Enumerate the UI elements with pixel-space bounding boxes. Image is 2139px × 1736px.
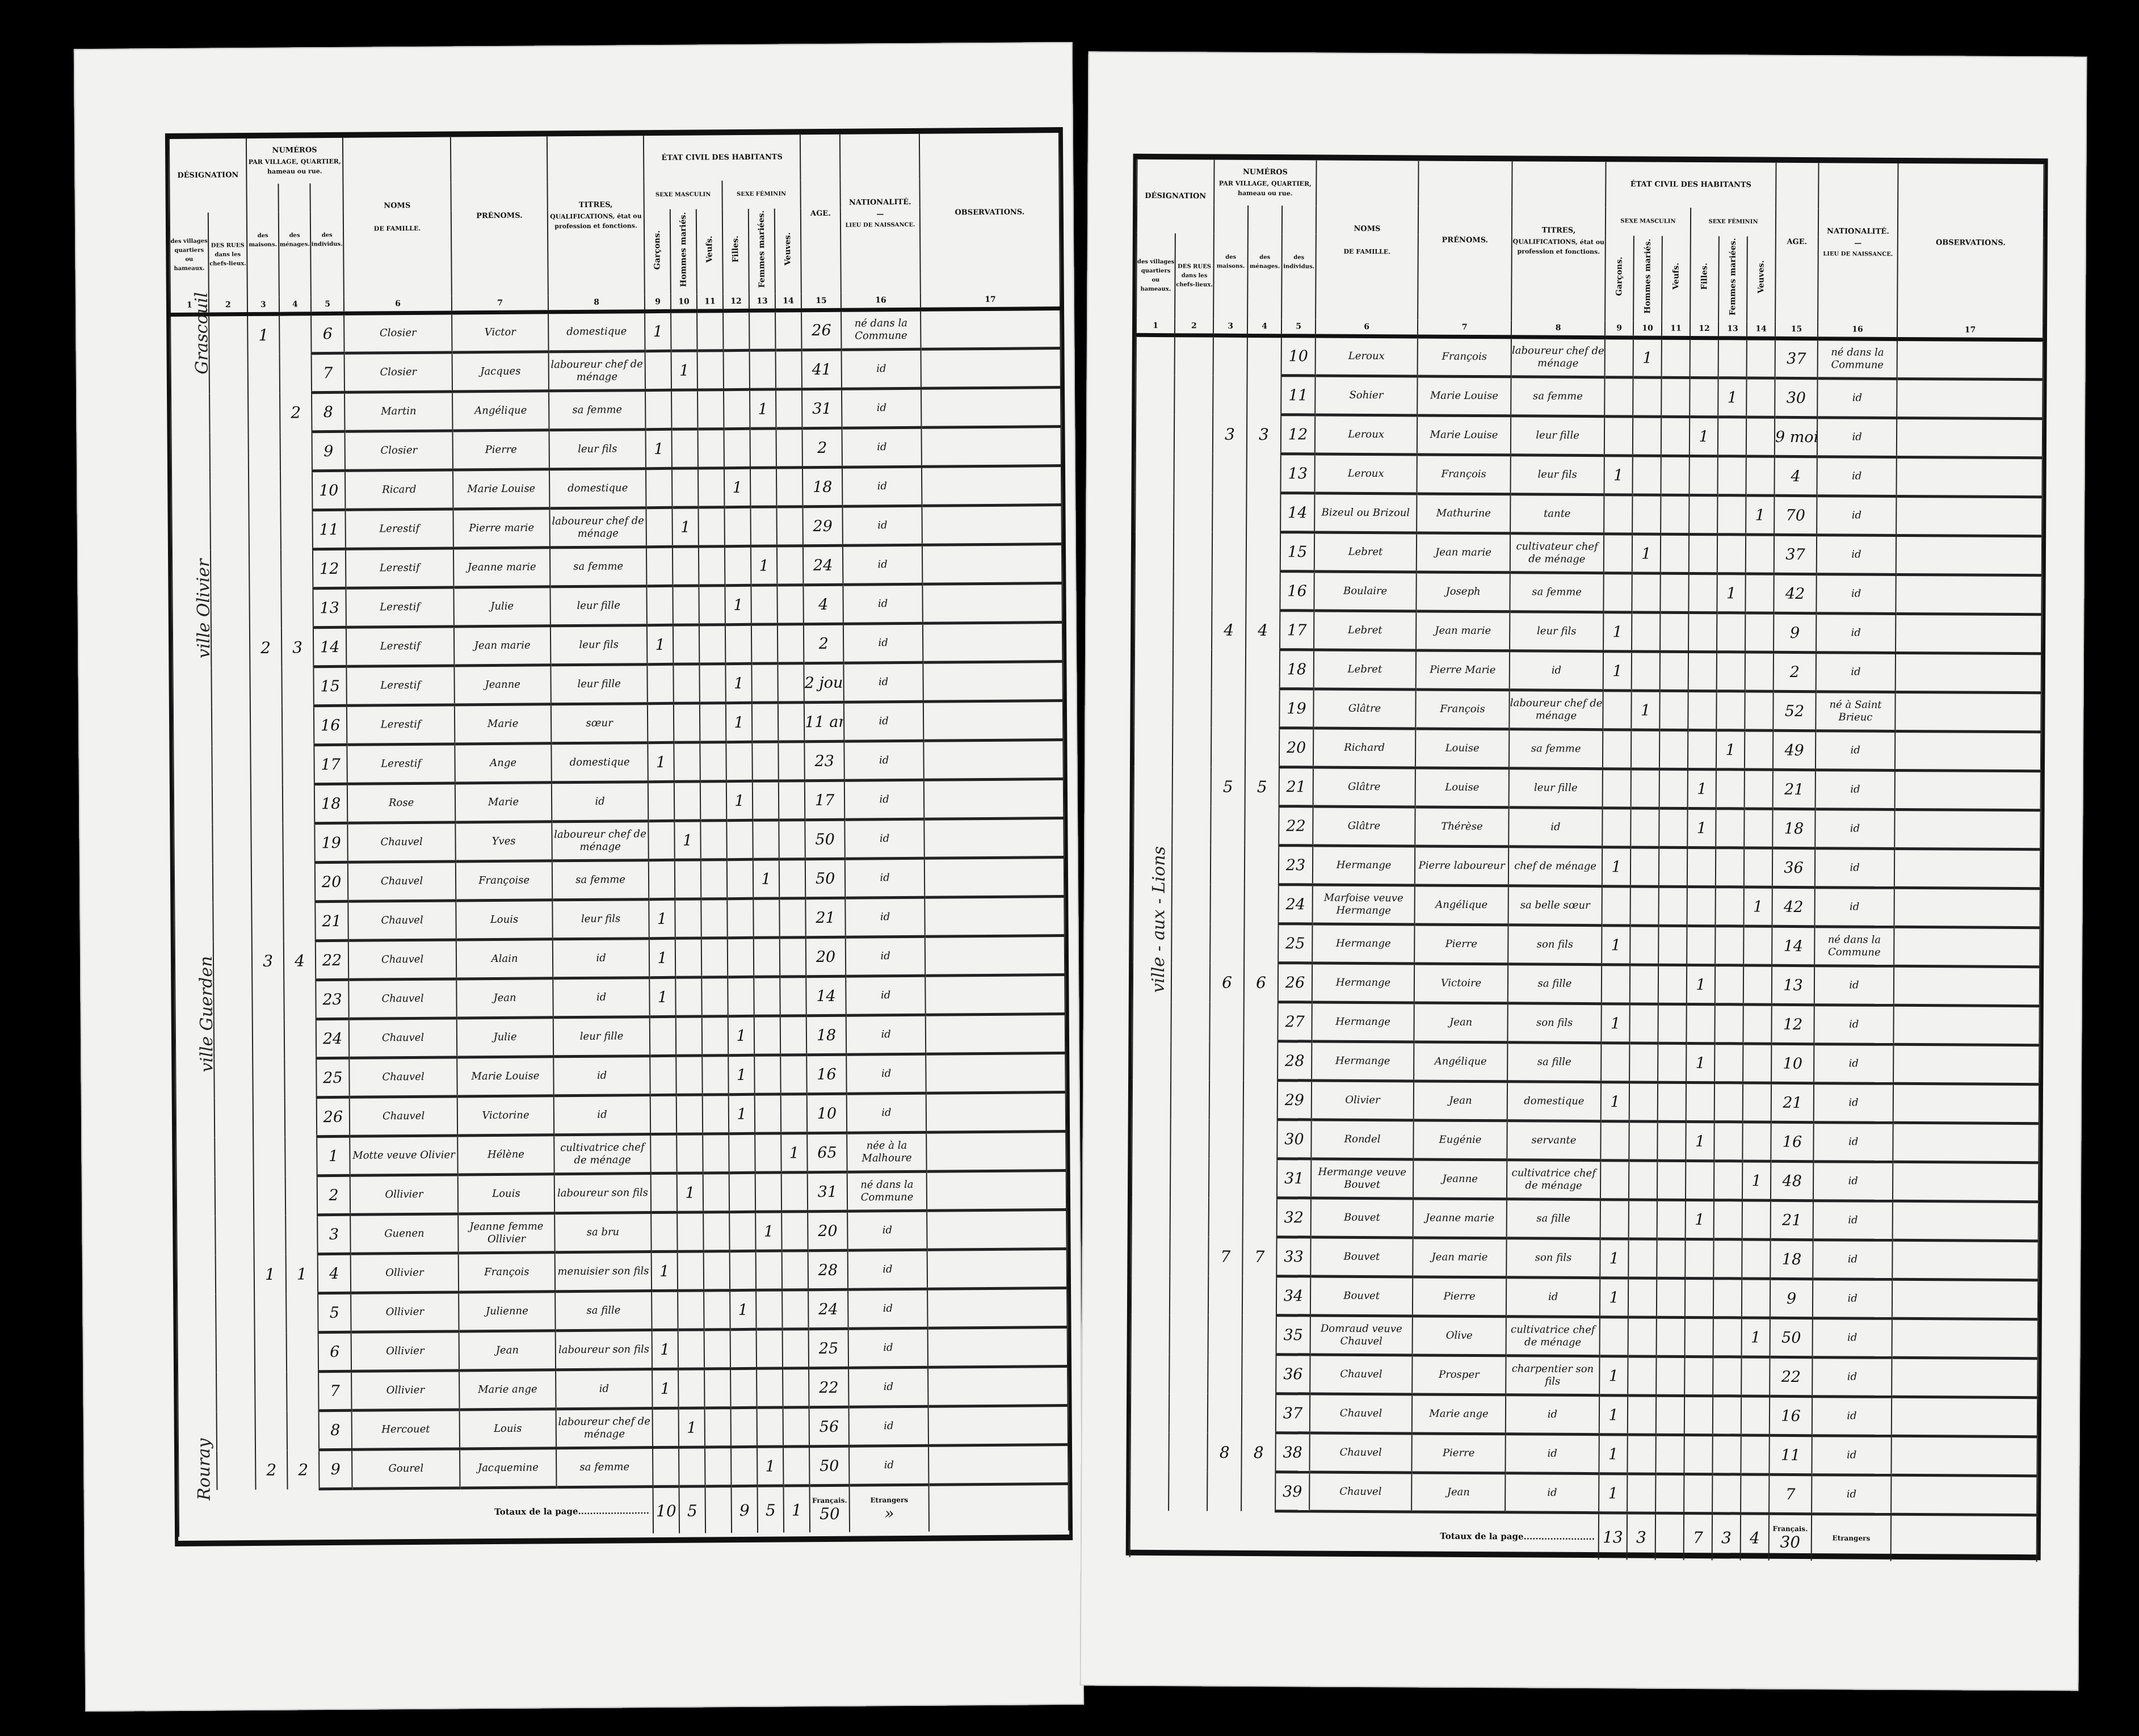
cell-c13 — [1718, 456, 1746, 495]
cell-c10 — [1632, 573, 1660, 612]
cell-c9 — [1601, 1043, 1629, 1082]
cell-nom: Hermange — [1312, 924, 1414, 964]
cell-c14 — [1742, 1122, 1771, 1161]
cell-ind: 21 — [1279, 767, 1313, 806]
cell-lieu: id — [848, 1289, 927, 1329]
cell-age: 52 — [1773, 691, 1816, 730]
cell-nom: Chauvel — [348, 901, 456, 940]
cell-titre: id — [1505, 1434, 1599, 1474]
cell-c9: 1 — [1599, 1435, 1627, 1474]
cell-nom: Richard — [1313, 728, 1415, 768]
cell-c10 — [1628, 1317, 1657, 1356]
cell-lieu: id — [1813, 1123, 1893, 1162]
cell-empty — [1896, 535, 2042, 575]
cell-titre: leur fils — [550, 625, 647, 665]
cell-empty — [928, 1406, 1068, 1446]
table-row: 16LerestifMariesœur111 ansid — [173, 701, 1063, 746]
cell-empty — [1134, 610, 1173, 649]
cell-c13: 1 — [1716, 730, 1745, 770]
census-table-right: DÉSIGNATION NUMÉROSPAR VILLAGE, QUARTIER… — [1129, 159, 2045, 1562]
cell-prenom: Eugénie — [1413, 1120, 1507, 1160]
cell-c14 — [1746, 417, 1775, 456]
cell-c14 — [779, 820, 805, 859]
cell-c14 — [780, 1055, 806, 1094]
cell-prenom: Marie — [455, 704, 551, 744]
cell-c9 — [649, 860, 675, 899]
cell-titre: laboureur chef de ménage — [1509, 690, 1603, 730]
cell-empty — [217, 1451, 255, 1490]
cell-ind: 20 — [315, 862, 348, 901]
header-noms: NOMSDE FAMILLE. — [1316, 161, 1418, 320]
cell-menage: 2 — [287, 1450, 319, 1489]
cell-c14 — [783, 1329, 809, 1368]
cell-lieu: id — [1816, 653, 1896, 692]
cell-prenom: Thérèse — [1415, 807, 1508, 847]
cell-age: 42 — [1772, 887, 1815, 926]
cell-lieu: id — [842, 388, 921, 428]
table-row: 3422ChauvelAlainid120id — [175, 936, 1065, 981]
cell-menage — [287, 1333, 318, 1372]
cell-empty — [1170, 1197, 1209, 1237]
cell-menage — [287, 1372, 318, 1411]
cell-lieu: id — [1812, 1397, 1892, 1436]
cell-ind: 35 — [1276, 1315, 1310, 1355]
cell-empty — [1173, 649, 1212, 688]
cell-maison — [1208, 1354, 1242, 1393]
cell-c11 — [705, 1447, 731, 1486]
cell-prenom: Julienne — [459, 1292, 555, 1331]
cell-c11 — [701, 860, 727, 899]
table-row: 7OllivierMarie angeid122id — [178, 1367, 1068, 1412]
cell-c9: 1 — [647, 625, 673, 664]
cell-empty — [1133, 962, 1171, 1001]
cell-c13 — [755, 1094, 781, 1133]
cell-ind: 7 — [318, 1371, 352, 1410]
cell-c13: 1 — [751, 546, 777, 585]
cell-c10 — [1629, 1043, 1658, 1082]
cell-age: 23 — [804, 741, 844, 780]
cell-empty — [1897, 418, 2043, 457]
cell-c10 — [1628, 1239, 1657, 1278]
cell-maison — [253, 1058, 284, 1098]
cell-menage — [1245, 845, 1279, 884]
cell-c11 — [1655, 1474, 1684, 1513]
cell-c11 — [703, 1134, 729, 1173]
cell-empty — [1136, 375, 1174, 414]
cell-c9 — [645, 351, 671, 390]
cell-c12 — [1684, 1474, 1712, 1513]
cell-empty — [1172, 845, 1211, 884]
cell-empty — [922, 544, 1062, 585]
cell-empty — [1170, 1237, 1208, 1276]
table-row: 14Bizeul ou BrizoulMathurinetante170id — [1135, 492, 2042, 536]
cell-nom: Boulaire — [1314, 571, 1416, 611]
cell-c10: 1 — [671, 351, 697, 390]
cell-empty — [1173, 728, 1211, 767]
table-row: 8838ChauvelPierreid111id — [1130, 1432, 2037, 1476]
cell-prenom: Angélique — [1414, 1042, 1507, 1082]
cell-nom: Chauvel — [350, 1096, 457, 1136]
cell-prenom: Jean marie — [1417, 533, 1510, 573]
cell-prenom: Angélique — [1415, 885, 1508, 925]
cell-empty — [1171, 962, 1210, 1002]
cell-menage — [1246, 532, 1280, 571]
cell-age: 11 ans — [804, 702, 844, 741]
cell-c14 — [781, 1094, 807, 1133]
cell-c11 — [1659, 886, 1687, 926]
cell-nom: Closier — [344, 352, 452, 392]
header-nationalite: NATIONALITÉ.—LIEU DE NAISSANCE. — [1818, 163, 1898, 322]
cell-menage — [282, 745, 314, 784]
cell-c11 — [1659, 847, 1687, 886]
cell-nom: Chauvel — [349, 1057, 457, 1097]
cell-c11 — [699, 625, 725, 664]
cell-c14 — [1745, 770, 1773, 809]
cell-ind: 23 — [316, 980, 349, 1019]
cell-ind: 14 — [1280, 493, 1314, 532]
cell-empty — [1894, 809, 2040, 849]
cell-c12 — [730, 1329, 757, 1368]
cell-c14 — [778, 703, 804, 742]
cell-empty — [921, 388, 1061, 428]
header-individus: des individus. — [310, 183, 343, 297]
cell-c11 — [1659, 769, 1688, 808]
cell-empty — [209, 393, 248, 432]
cell-c10 — [1630, 808, 1659, 847]
cell-menage — [283, 902, 315, 941]
cell-empty — [1897, 379, 2043, 418]
cell-empty — [174, 785, 212, 824]
cell-c13 — [1714, 1083, 1743, 1122]
header-age: AGE. — [800, 134, 841, 293]
cell-maison — [253, 1098, 285, 1137]
cell-empty — [1894, 966, 2040, 1006]
cell-titre: tante — [1510, 494, 1604, 534]
cell-age: 9 — [1774, 613, 1816, 652]
cell-c12: 1 — [725, 585, 751, 624]
cell-empty — [170, 314, 209, 354]
cell-age: 22 — [809, 1368, 848, 1407]
cell-lieu: né à Saint Brieuc — [1816, 692, 1895, 732]
totals-row: Totaux de la page.......................… — [1130, 1510, 2037, 1562]
cell-nom: Rose — [347, 783, 455, 823]
cell-lieu: id — [846, 1054, 926, 1094]
cell-titre: laboureur chef de ménage — [552, 821, 648, 861]
cell-age: 16 — [1771, 1122, 1813, 1161]
cell-empty — [178, 1411, 217, 1451]
cell-nom: Lerestif — [346, 587, 453, 627]
cell-lieu: id — [843, 584, 922, 624]
cell-titre: id — [1506, 1395, 1599, 1435]
cell-prenom: Victor — [452, 312, 548, 352]
cell-maison — [1209, 1158, 1243, 1197]
cell-c9 — [1602, 808, 1630, 847]
cell-maison — [1209, 1080, 1243, 1119]
cell-maison — [1212, 532, 1246, 571]
cell-age: 2 — [804, 624, 843, 663]
table-row: 23ChauvelJeanid114id — [175, 975, 1065, 1020]
cell-c10 — [673, 664, 699, 703]
cell-menage — [280, 432, 312, 471]
cell-empty — [1895, 731, 2041, 771]
cell-ind: 25 — [1278, 924, 1312, 963]
cell-c9: 1 — [1604, 456, 1633, 495]
cell-lieu: id — [847, 1210, 927, 1250]
cell-maison — [255, 1411, 287, 1450]
cell-nom: Closier — [345, 431, 453, 470]
cell-c13: 1 — [750, 389, 776, 428]
cell-c9: 1 — [1603, 651, 1632, 691]
cell-c10: 1 — [1631, 691, 1659, 730]
cell-prenom: Pierre marie — [453, 508, 550, 548]
cell-c12 — [1685, 1239, 1713, 1278]
cell-titre: id — [1506, 1277, 1600, 1317]
cell-c11 — [1656, 1356, 1684, 1395]
table-row: 18LebretPierre Marieid12id — [1134, 649, 2041, 692]
cell-menage — [1245, 884, 1279, 923]
cell-age: 42 — [1774, 574, 1816, 613]
cell-titre: laboureur chef de ménage — [1511, 337, 1605, 377]
cell-prenom: Marie Louise — [453, 469, 549, 509]
cell-c14 — [777, 507, 803, 546]
cell-ind: 9 — [312, 431, 346, 470]
cell-empty — [1169, 1432, 1207, 1472]
cell-c10: 1 — [677, 1173, 703, 1212]
totals-row: Totaux de la page.......................… — [179, 1484, 1069, 1537]
cell-empty — [178, 1372, 216, 1411]
cell-age: 18 — [1770, 1239, 1813, 1279]
table-row: 35Domraud veuve ChauvelOlivecultivatrice… — [1131, 1314, 2038, 1358]
cell-c11 — [699, 547, 725, 586]
cell-c12 — [1686, 1161, 1714, 1200]
cell-c12 — [1688, 691, 1716, 730]
cell-c9: 1 — [1600, 1278, 1628, 1317]
cell-c14 — [1742, 1279, 1770, 1318]
table-row: 7733BouvetJean marieson fils118id — [1131, 1236, 2038, 1280]
cell-empty — [217, 1411, 255, 1451]
cell-empty — [212, 746, 250, 785]
cell-c11 — [701, 899, 727, 938]
cell-lieu: id — [843, 545, 922, 585]
table-row: 24ChauvelJulieleur fille118id — [175, 1014, 1065, 1060]
cell-c13 — [1718, 417, 1746, 456]
cell-titre: leur fille — [550, 586, 646, 626]
cell-age: 50 — [1770, 1318, 1813, 1357]
cell-c11 — [703, 1212, 729, 1251]
cell-c14 — [779, 898, 805, 938]
cell-lieu: id — [1815, 809, 1894, 849]
cell-prenom: Marie — [455, 783, 552, 822]
cell-c11 — [697, 390, 724, 429]
cell-c10 — [672, 468, 698, 507]
cell-empty — [1171, 1080, 1209, 1119]
cell-empty — [1893, 1005, 2039, 1045]
cell-ind: 31 — [1277, 1159, 1311, 1198]
cell-empty — [1170, 1315, 1208, 1354]
cell-c12 — [729, 1133, 755, 1172]
cell-maison — [254, 1293, 286, 1333]
cell-empty — [1132, 1001, 1171, 1040]
table-row: 5521GlâtreLouiseleur fille121id — [1134, 766, 2041, 810]
cell-c10 — [676, 1134, 703, 1173]
cell-titre: leur fille — [1509, 768, 1603, 808]
cell-c14 — [1746, 535, 1774, 574]
table-row: 20RichardLouisesa femme149id — [1134, 727, 2041, 771]
cell-ind: 6 — [318, 1332, 352, 1371]
cell-empty — [173, 667, 211, 707]
cell-c9 — [650, 1095, 676, 1134]
cell-nom: Leroux — [1316, 336, 1418, 376]
cell-maison — [250, 667, 281, 706]
cell-c10 — [676, 1016, 702, 1056]
cell-prenom: Hélène — [457, 1135, 554, 1175]
cell-empty — [926, 1053, 1065, 1094]
cell-c12 — [1688, 651, 1717, 691]
header-filles: Filles. — [1690, 236, 1719, 321]
cell-lieu: id — [849, 1445, 928, 1485]
cell-c10: 1 — [679, 1408, 705, 1447]
cell-titre: sa bru — [554, 1213, 651, 1252]
cell-age: 70 — [1774, 495, 1817, 535]
cell-c13 — [750, 428, 776, 468]
cell-age: 4 — [803, 585, 843, 624]
cell-lieu: id — [843, 623, 923, 663]
cell-c13 — [757, 1368, 783, 1407]
cell-c14 — [1742, 1200, 1771, 1239]
cell-maison — [248, 354, 280, 393]
table-row: 28MartinAngéliquesa femme131id — [171, 388, 1061, 433]
table-row: 15LebretJean mariecultivateur chef de mé… — [1135, 531, 2042, 575]
cell-c11 — [701, 977, 728, 1016]
cell-prenom: Louis — [456, 900, 552, 940]
cell-empty — [175, 1020, 214, 1059]
cell-maison — [251, 823, 283, 863]
cell-empty — [1896, 574, 2041, 614]
cell-c14 — [1744, 848, 1772, 887]
cell-c12 — [731, 1407, 757, 1447]
cell-empty — [175, 981, 213, 1020]
cell-age: 20 — [808, 1211, 847, 1250]
cell-c11 — [700, 703, 726, 742]
cell-empty — [1173, 571, 1212, 610]
cell-maison: 1 — [254, 1254, 286, 1293]
cell-c13 — [753, 898, 779, 938]
cell-lieu: id — [846, 936, 925, 976]
cell-empty — [212, 824, 251, 863]
cell-empty — [1133, 923, 1171, 962]
cell-c14 — [776, 428, 802, 468]
cell-c11 — [704, 1369, 730, 1408]
cell-prenom: Jean marie — [454, 626, 550, 666]
cell-empty — [1896, 613, 2041, 653]
cell-empty — [177, 1294, 216, 1333]
cell-nom: Lerestif — [347, 744, 455, 784]
cell-empty — [1893, 1044, 2039, 1084]
cell-c11 — [1656, 1395, 1684, 1435]
cell-empty — [1134, 727, 1173, 766]
header-prenoms: PRÉNOMS. — [451, 136, 548, 296]
cell-c11 — [704, 1330, 730, 1369]
cell-lieu: id — [844, 701, 923, 741]
cell-menage — [1244, 923, 1278, 962]
cell-nom: Hermange — [1312, 1041, 1414, 1081]
cell-menage — [287, 1411, 319, 1450]
cell-c11 — [698, 468, 724, 507]
cell-c9: 1 — [649, 977, 675, 1016]
cell-maison: 4 — [1212, 610, 1246, 649]
cell-empty — [924, 858, 1064, 898]
cell-ind: 10 — [1281, 336, 1316, 376]
cell-prenom: Olive — [1413, 1316, 1506, 1356]
cell-age: 25 — [809, 1329, 848, 1368]
header-prenoms: PRÉNOMS. — [1418, 161, 1512, 320]
cell-titre: laboureur chef de ménage — [556, 1409, 653, 1448]
cell-c9: 1 — [649, 899, 675, 938]
cell-nom: Motte veuve Olivier — [350, 1136, 457, 1175]
cell-c14 — [1741, 1474, 1769, 1514]
cell-lieu: id — [848, 1328, 928, 1368]
cell-ind: 21 — [315, 901, 348, 940]
totals-label: Totaux de la page.......................… — [1130, 1510, 1599, 1560]
cell-titre: id — [1505, 1473, 1599, 1513]
cell-empty — [216, 1333, 255, 1372]
cell-titre: sa femme — [1510, 573, 1603, 612]
cell-c9 — [1603, 769, 1631, 808]
cell-c9 — [1603, 573, 1632, 612]
cell-age: 50 — [805, 819, 844, 859]
cell-empty — [1132, 1119, 1170, 1158]
cell-maison — [249, 549, 281, 589]
cell-c9: 1 — [645, 311, 671, 351]
cell-prenom: François — [1418, 337, 1511, 377]
cell-c9 — [652, 1291, 678, 1330]
cell-menage — [1242, 1276, 1276, 1315]
cell-lieu: id — [1814, 1005, 1893, 1045]
cell-c13 — [754, 977, 780, 1016]
table-row: 114OllivierFrançoismenuisier son fils128… — [177, 1249, 1067, 1294]
cell-c11 — [1661, 534, 1689, 573]
header-veufs: Veufs. — [696, 209, 723, 294]
cell-age: 13 — [1772, 965, 1814, 1004]
table-row: 11SohierMarie Louisesa femme130id — [1136, 375, 2043, 418]
cell-c9 — [1602, 965, 1630, 1004]
cell-c10 — [679, 1447, 705, 1486]
cell-nom: Ollivier — [351, 1331, 459, 1371]
cell-empty — [172, 589, 211, 628]
cell-c11 — [705, 1408, 731, 1447]
cell-age: 48 — [1771, 1161, 1813, 1200]
cell-empty — [1894, 888, 2040, 927]
cell-empty — [1135, 531, 1174, 570]
cell-c12: 1 — [1687, 965, 1715, 1004]
cell-prenom: Louise — [1415, 768, 1509, 808]
cell-nom: Gourel — [352, 1449, 460, 1489]
cell-c14 — [1745, 652, 1774, 691]
cell-maison — [1213, 335, 1247, 375]
cell-ind: 11 — [312, 510, 346, 549]
cell-c14 — [779, 859, 805, 898]
cell-lieu: id — [1813, 1279, 1892, 1319]
cell-empty — [1130, 1471, 1169, 1510]
cell-c11 — [1658, 965, 1687, 1004]
cell-ind: 39 — [1275, 1472, 1309, 1511]
cell-c11 — [699, 586, 725, 625]
cell-ind: 6 — [311, 313, 344, 353]
cell-c13 — [1714, 1200, 1742, 1239]
cell-empty — [1892, 1240, 2038, 1280]
table-row: 10RicardMarie Louisedomestique118id — [171, 466, 1061, 511]
header-designation: DÉSIGNATION — [1137, 159, 1215, 234]
